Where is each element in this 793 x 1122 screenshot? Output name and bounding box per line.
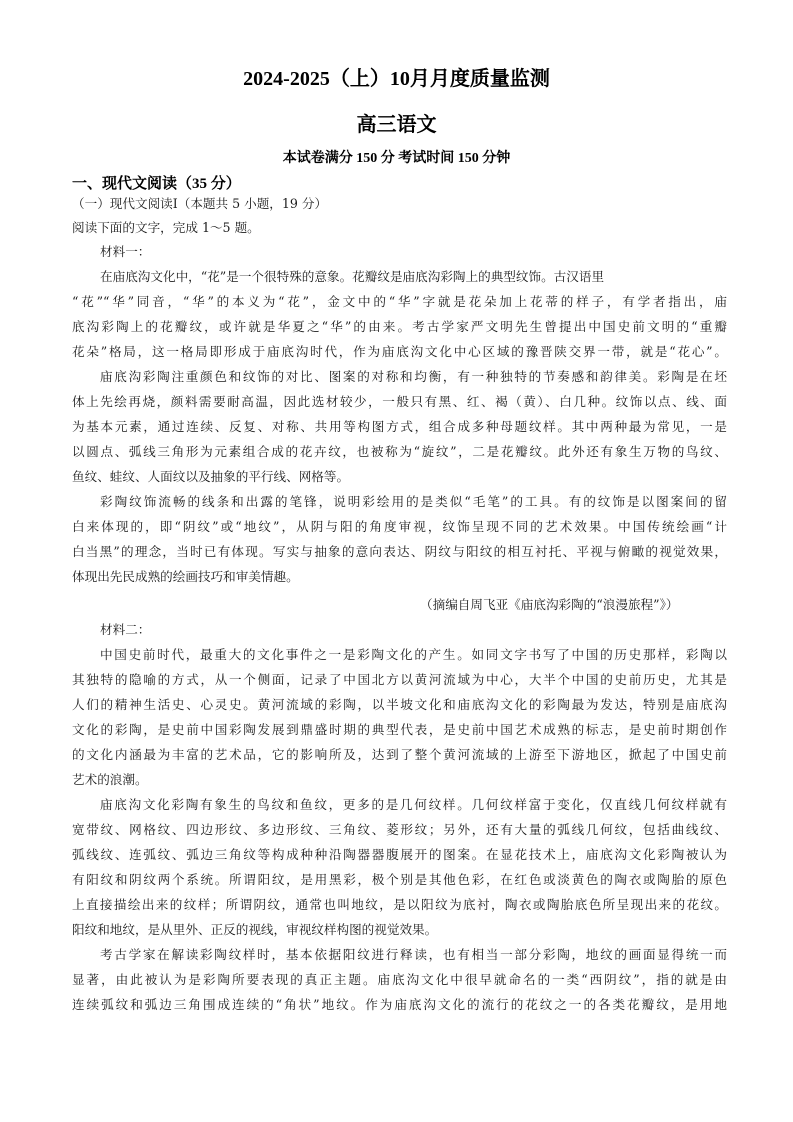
material2-line: 阳纹和地纹，是从里外、正反的视线，审视纹样构图的视觉效果。 [72, 922, 727, 938]
material1-line: 体上先绘再烧，颜料需要耐高温，因此选材较少，一般只有黑、红、褐（黄）、白几种。纹… [72, 394, 727, 410]
exam-page: 2024-2025（上）10月月度质量监测 高三语文 本试卷满分 150 分 考… [0, 0, 793, 1122]
material1-line: 为基本元素，通过连续、反复、对称、共用等构图方式，组合成多种母题纹样。其中两种最… [72, 419, 727, 435]
exam-info: 本试卷满分 150 分 考试时间 150 分钟 [0, 147, 793, 167]
material1-line: 体现出先民成熟的绘画技巧和审美情趣。 [72, 569, 727, 585]
material1-line: 白来体现的，即“阴纹”或“地纹”，从阴与阳的角度审视，纹饰呈现不同的艺术效果。中… [72, 519, 727, 535]
material2-line: 人们的精神生活史、心灵史。黄河流域的彩陶，以半坡文化和庙底沟文化的彩陶最为发达，… [72, 697, 727, 713]
material2-line: 显著，由此被认为是彩陶所要表现的真正主题。庙底沟文化中很早就命名的一类“西阴纹”… [72, 972, 727, 988]
material2-line: 文化的彩陶，是史前中国彩陶发展到鼎盛时期的典型代表，是史前中国艺术成熟的标志，是… [72, 722, 727, 738]
material2-line: 有阳纹和阴纹两个系统。所谓阳纹，是用黑彩，极个别是其他色彩，在红色或淡黄色的陶衣… [72, 872, 727, 888]
material1-label: 材料一： [100, 244, 727, 260]
exam-title: 2024-2025（上）10月月度质量监测 [0, 62, 793, 91]
material2-line: 宽带纹、网格纹、四边形纹、多边形纹、三角纹、菱形纹；另外，还有大量的弧线几何纹，… [72, 822, 727, 838]
material2-label: 材料二： [100, 622, 727, 638]
material1-line: 庙底沟彩陶注重颜色和纹饰的对比、图案的对称和均衡，有一种独特的节奏感和韵律美。彩… [100, 369, 727, 385]
material2-line: 考古学家在解读彩陶纹样时，基本依据阳纹进行释读，也有相当一部分彩陶，地纹的画面显… [100, 947, 727, 963]
material2-line: 艺术的浪潮。 [72, 772, 727, 788]
material1-line: 白当黑”的理念，当时已有体现。写实与抽象的意向表达、阴纹与阳纹的相互衬托、平视与… [72, 544, 727, 560]
section-heading: 一、现代文阅读（35 分） [72, 172, 241, 193]
material1-line: 鱼纹、蛙纹、人面纹以及抽象的平行线、网格等。 [72, 469, 727, 485]
material2-line: 弧线纹、连弧纹、弧边三角纹等构成种种沿陶器器腹展开的图案。在显花技术上，庙底沟文… [72, 847, 727, 863]
section-subheading: （一）现代文阅读Ⅰ（本题共 5 小题，19 分） [72, 196, 727, 212]
material2-line: 其独特的隐喻的方式，从一个侧面，记录了中国北方以黄河流域为中心，大半个中国的史前… [72, 672, 727, 688]
material2-line: 中国史前时代，最重大的文化事件之一是彩陶文化的产生。如同文字书写了中国的历史那样… [100, 647, 727, 663]
material2-line: 上直接描绘出来的纹样；所谓阴纹，通常也叫地纹，是以阳纹为底衬，陶衣或陶胎底色所呈… [72, 897, 727, 913]
material1-line: “花”“华”同音，“华”的本义为“花”，金文中的“华”字就是花朵加上花蒂的样子，… [72, 294, 727, 310]
instruction-text: 阅读下面的文字，完成 1～5 题。 [72, 220, 727, 236]
material1-source: （摘编自周飞亚《庙底沟彩陶的“浪漫旅程”》） [420, 597, 740, 613]
material1-line: 花朵”格局，这一格局即形成于庙底沟时代，作为庙底沟文化中心区域的豫晋陕交界一带，… [72, 344, 727, 360]
material2-line: 庙底沟文化彩陶有象生的鸟纹和鱼纹，更多的是几何纹样。几何纹样富于变化，仅直线几何… [100, 797, 727, 813]
subject-title: 高三语文 [0, 108, 793, 137]
material2-line: 的文化内涵最为丰富的艺术品，它的影响所及，达到了整个黄河流域的上游至下游地区，掀… [72, 747, 727, 763]
material1-line: 在庙底沟文化中，“花”是一个很特殊的意象。花瓣纹是庙底沟彩陶上的典型纹饰。古汉语… [100, 269, 727, 285]
material2-line: 连续弧纹和弧边三角围成连续的“角状”地纹。作为庙底沟文化的流行的花纹之一的各类花… [72, 997, 727, 1013]
material1-line: 彩陶纹饰流畅的线条和出露的笔锋，说明彩绘用的是类似“毛笔”的工具。有的纹饰是以图… [100, 494, 727, 510]
material1-line: 底沟彩陶上的花瓣纹，或许就是华夏之“华”的由来。考古学家严文明先生曾提出中国史前… [72, 319, 727, 335]
material1-line: 以圆点、弧线三角形为元素组合成的花卉纹，也被称为“旋纹”，二是花瓣纹。此外还有象… [72, 444, 727, 460]
